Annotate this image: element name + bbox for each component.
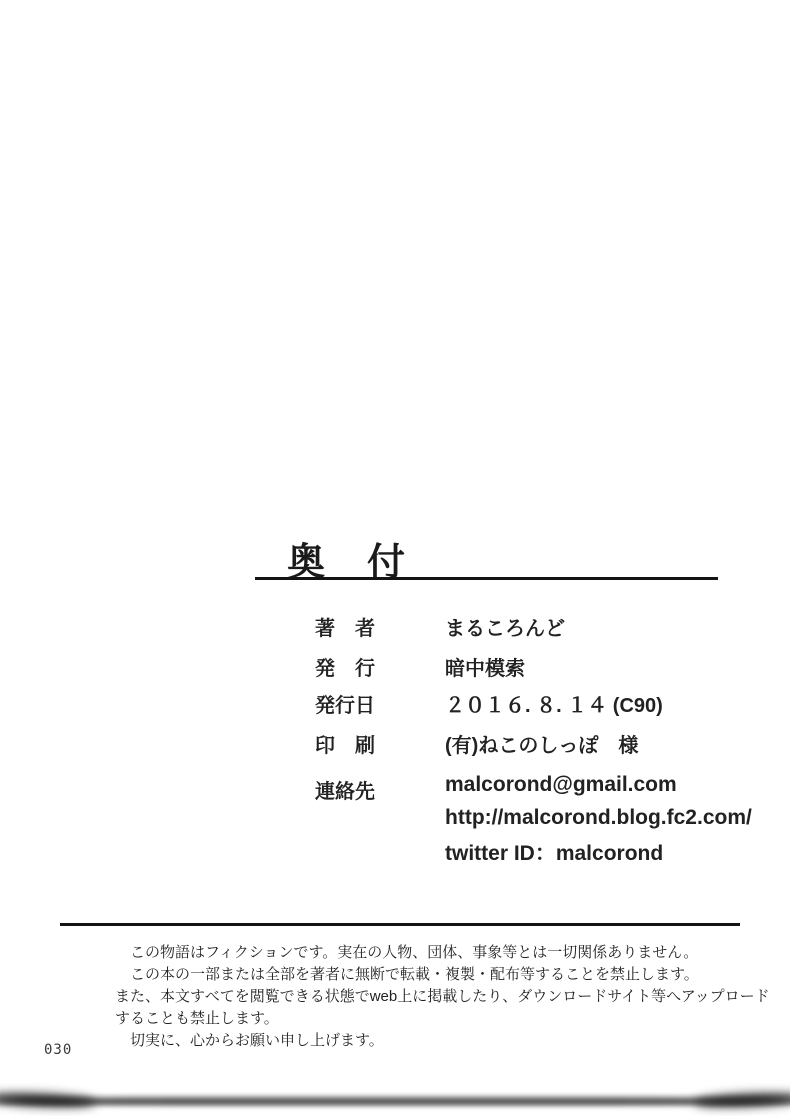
scan-edge-shadow-left xyxy=(0,1092,96,1109)
disclaimer-line: この本の一部または全部を著者に無断で転載・複製・配布等することを禁止します。 xyxy=(115,964,755,986)
disclaimer-line: することも禁止します。 xyxy=(115,1008,755,1030)
disclaimer-line: 切実に、心からお願い申し上げます。 xyxy=(115,1030,755,1052)
publisher-value: 暗中模索 xyxy=(445,652,525,681)
title-underline-rule xyxy=(255,577,718,580)
publisher-label: 発 行 xyxy=(315,652,375,681)
printer-value: (有)ねこのしっぽ 様 xyxy=(445,729,638,758)
disclaimer-line: この物語はフィクションです。実在の人物、団体、事象等とは一切関係ありません。 xyxy=(115,942,755,964)
page-number: 030 xyxy=(44,1042,72,1058)
scan-edge-shadow xyxy=(0,1082,790,1116)
author-value: まるころんど xyxy=(445,612,565,641)
colophon-page: 奥 付 著 者 まるころんど 発 行 暗中模索 発行日 ２０１６. ８. １４ … xyxy=(0,0,790,1116)
scan-edge-shadow-band xyxy=(0,1098,790,1105)
printer-label: 印 刷 xyxy=(315,729,375,758)
contact-blog-url: http://malcorond.blog.fc2.com/ xyxy=(445,806,752,830)
publication-date-value: ２０１６. ８. １４ (C90) xyxy=(445,689,663,718)
scan-edge-shadow-soft xyxy=(0,1092,790,1108)
footer-separator-rule xyxy=(60,923,740,926)
disclaimer-block: この物語はフィクションです。実在の人物、団体、事象等とは一切関係ありません。 こ… xyxy=(115,942,755,1052)
disclaimer-line: また、本文すべてを閲覧できる状態でweb上に掲載したり、ダウンロードサイト等へア… xyxy=(115,986,755,1008)
contact-twitter-id: twitter ID：malcorond xyxy=(445,837,663,867)
scan-edge-shadow-right xyxy=(694,1092,790,1109)
contact-label: 連絡先 xyxy=(315,775,375,804)
publication-date-label: 発行日 xyxy=(315,689,375,718)
author-label: 著 者 xyxy=(315,612,375,641)
contact-email: malcorond@gmail.com xyxy=(445,773,677,797)
